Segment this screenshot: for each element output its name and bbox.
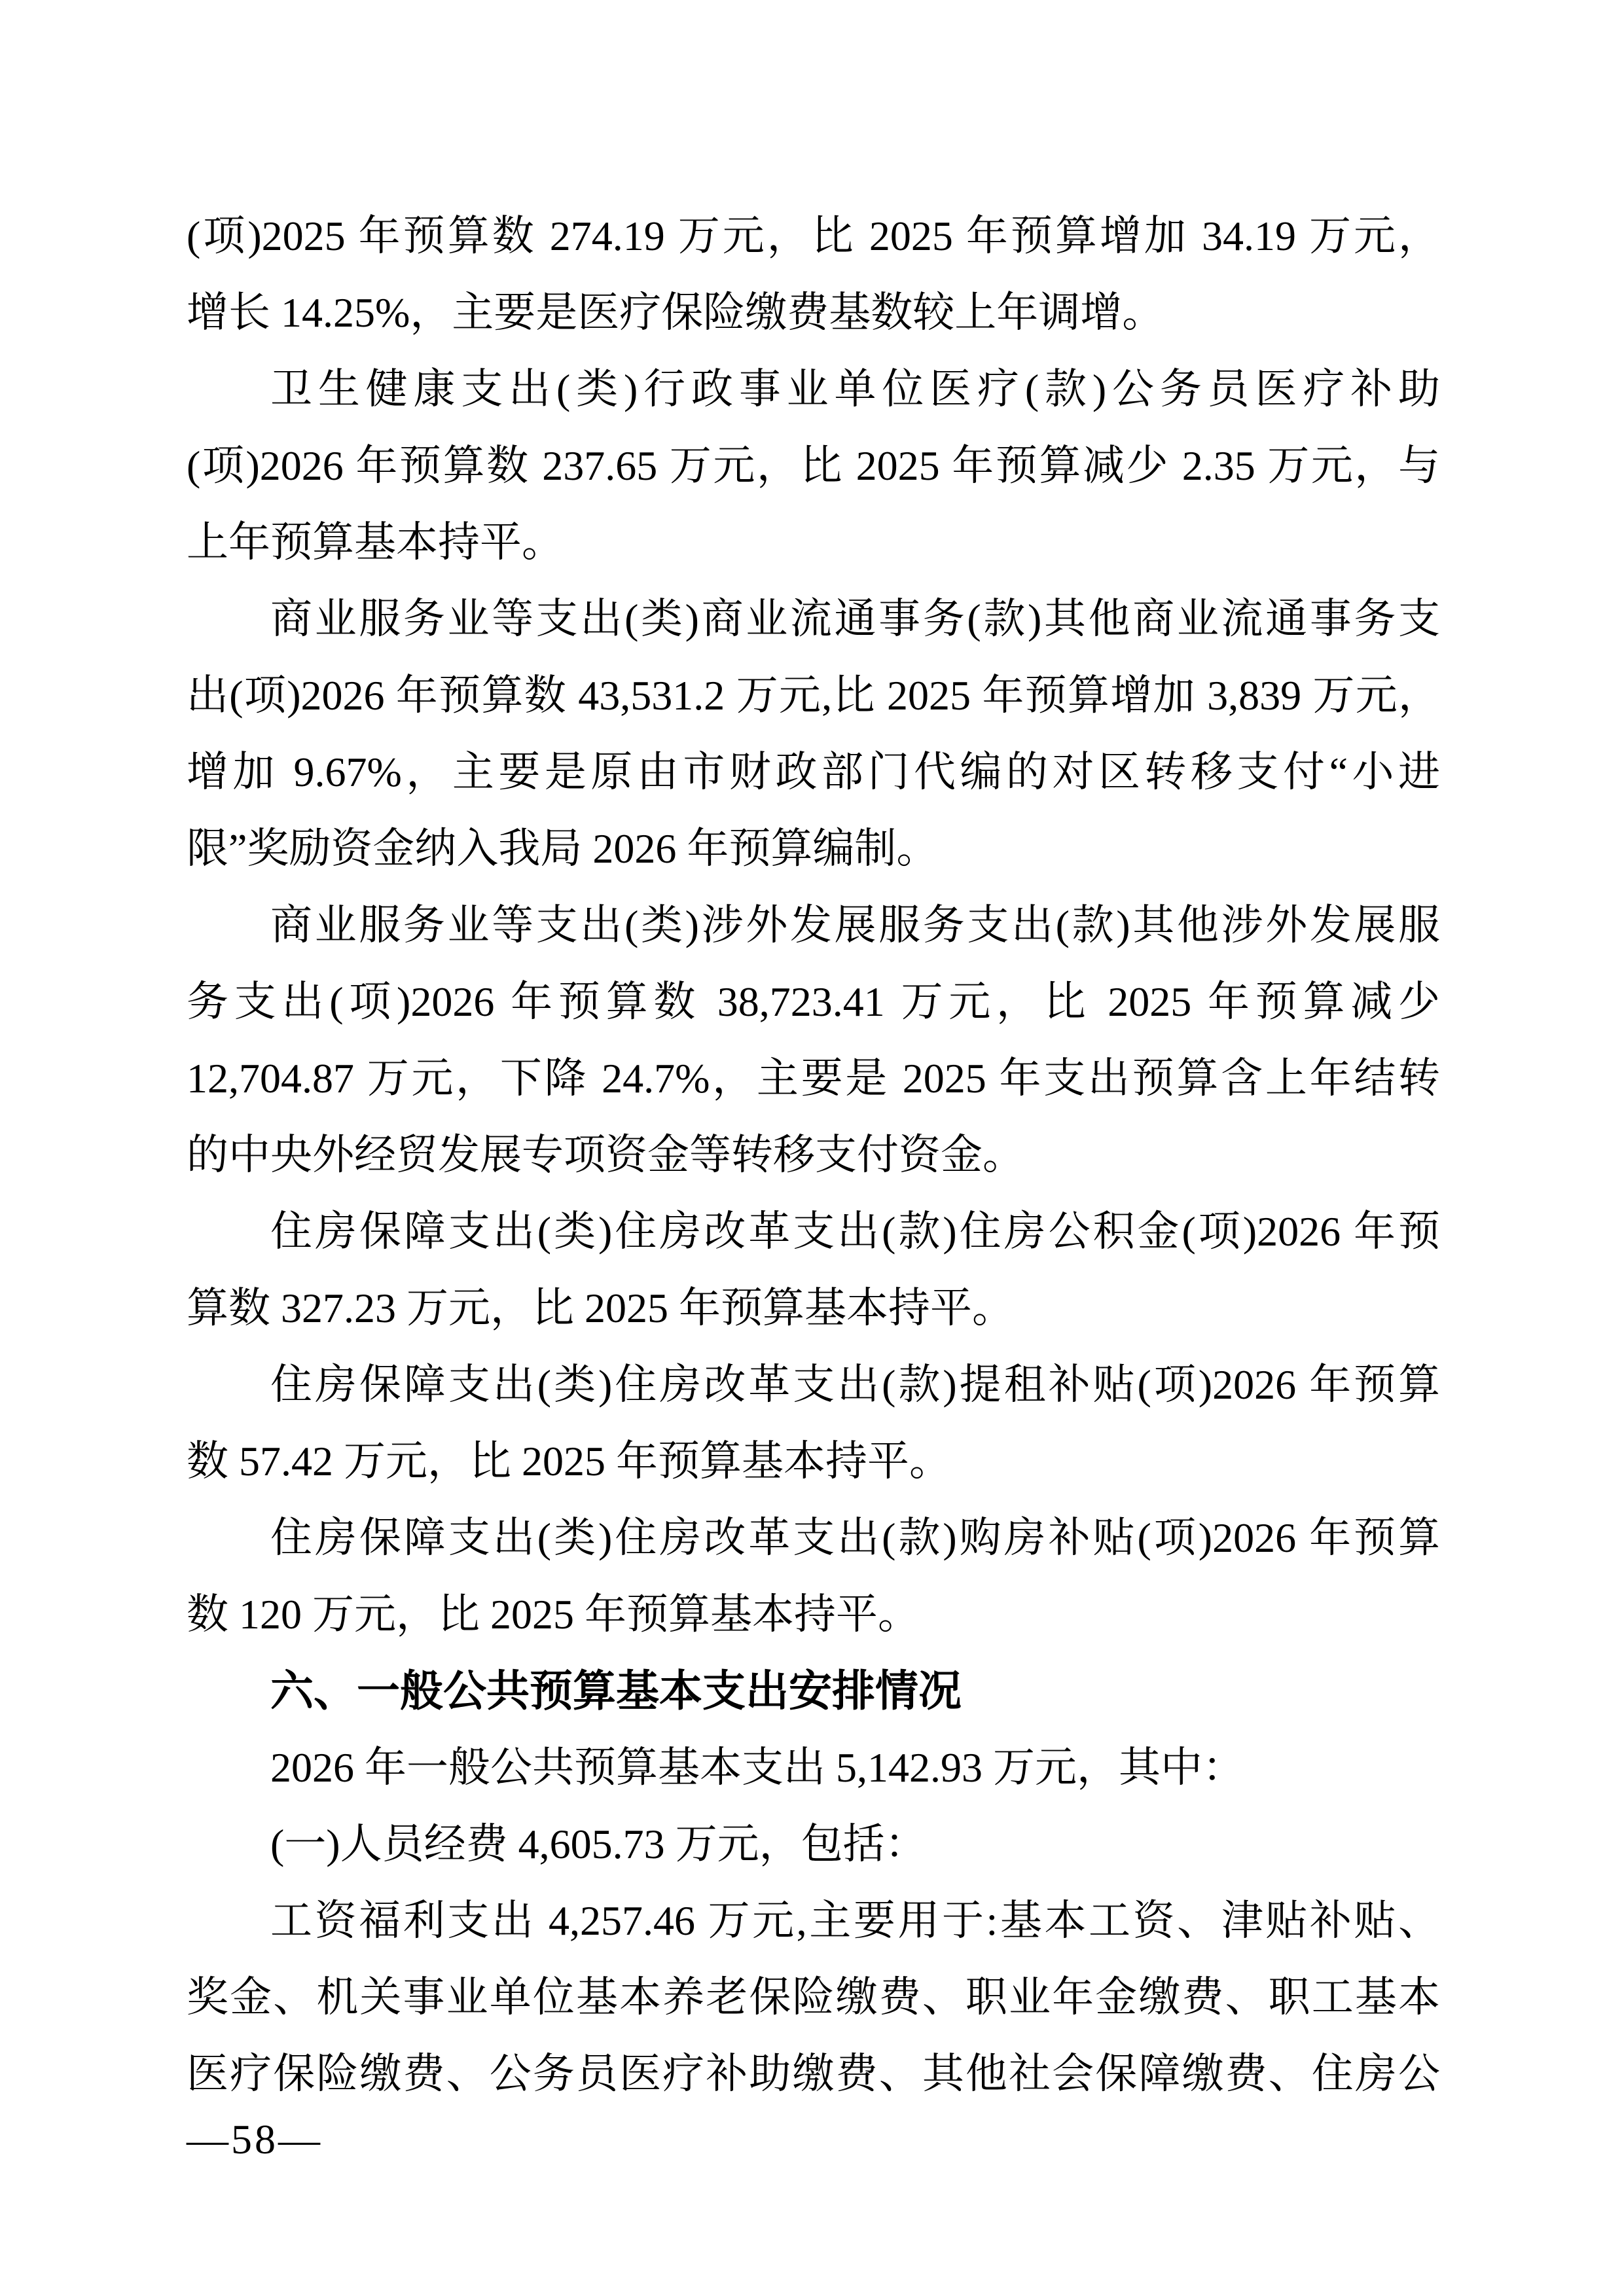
text-line: 算数 327.23 万元，比 2025 年预算基本持平。 [187,1270,1440,1346]
text-line: 增长 14.25%，主要是医疗保险缴费基数较上年调增。 [187,274,1440,351]
text-line: 的中央外经贸发展专项资金等转移支付资金。 [187,1117,1440,1193]
text-line: 2026 年一般公共预算基本支出 5,142.93 万元，其中： [187,1729,1440,1806]
document-page: (项)2025 年预算数 274.19 万元，比 2025 年预算增加 34.1… [0,0,1624,2296]
text-line: 数 57.42 万元，比 2025 年预算基本持平。 [187,1423,1440,1499]
text-line: 奖金、机关事业单位基本养老保险缴费、职业年金缴费、职工基本 [187,1959,1440,2036]
text-line: 务支出(项)2026 年预算数 38,723.41 万元，比 2025 年预算减… [187,963,1440,1040]
text-line: 住房保障支出(类)住房改革支出(款)住房公积金(项)2026 年预 [187,1193,1440,1270]
document-lines: (项)2025 年预算数 274.19 万元，比 2025 年预算增加 34.1… [187,198,1440,2112]
text-line: 12,704.87 万元，下降 24.7%，主要是 2025 年支出预算含上年结… [187,1040,1440,1117]
text-line: 上年预算基本持平。 [187,504,1440,581]
text-line: 数 120 万元，比 2025 年预算基本持平。 [187,1576,1440,1653]
text-line: 商业服务业等支出(类)涉外发展服务支出(款)其他涉外发展服 [187,887,1440,963]
text-line: 医疗保险缴费、公务员医疗补助缴费、其他社会保障缴费、住房公 [187,2036,1440,2112]
text-line: 工资福利支出 4,257.46 万元,主要用于:基本工资、津贴补贴、 [187,1882,1440,1959]
text-line: 住房保障支出(类)住房改革支出(款)提租补贴(项)2026 年预算 [187,1346,1440,1423]
text-line: 出(项)2026 年预算数 43,531.2 万元,比 2025 年预算增加 3… [187,657,1440,734]
text-line: 增加 9.67%，主要是原由市财政部门代编的对区转移支付“小进 [187,734,1440,810]
text-line: (项)2026 年预算数 237.65 万元，比 2025 年预算减少 2.35… [187,427,1440,504]
text-line: 住房保障支出(类)住房改革支出(款)购房补贴(项)2026 年预算 [187,1499,1440,1576]
text-line: (项)2025 年预算数 274.19 万元，比 2025 年预算增加 34.1… [187,198,1440,274]
text-line: 商业服务业等支出(类)商业流通事务(款)其他商业流通事务支 [187,581,1440,657]
page-number: —58— [187,2101,323,2178]
text-line: 限”奖励资金纳入我局 2026 年预算编制。 [187,810,1440,887]
text-line: (一)人员经费 4,605.73 万元，包括： [187,1806,1440,1882]
text-line: 卫生健康支出(类)行政事业单位医疗(款)公务员医疗补助 [187,351,1440,427]
section-heading: 六、一般公共预算基本支出安排情况 [187,1653,1440,1729]
